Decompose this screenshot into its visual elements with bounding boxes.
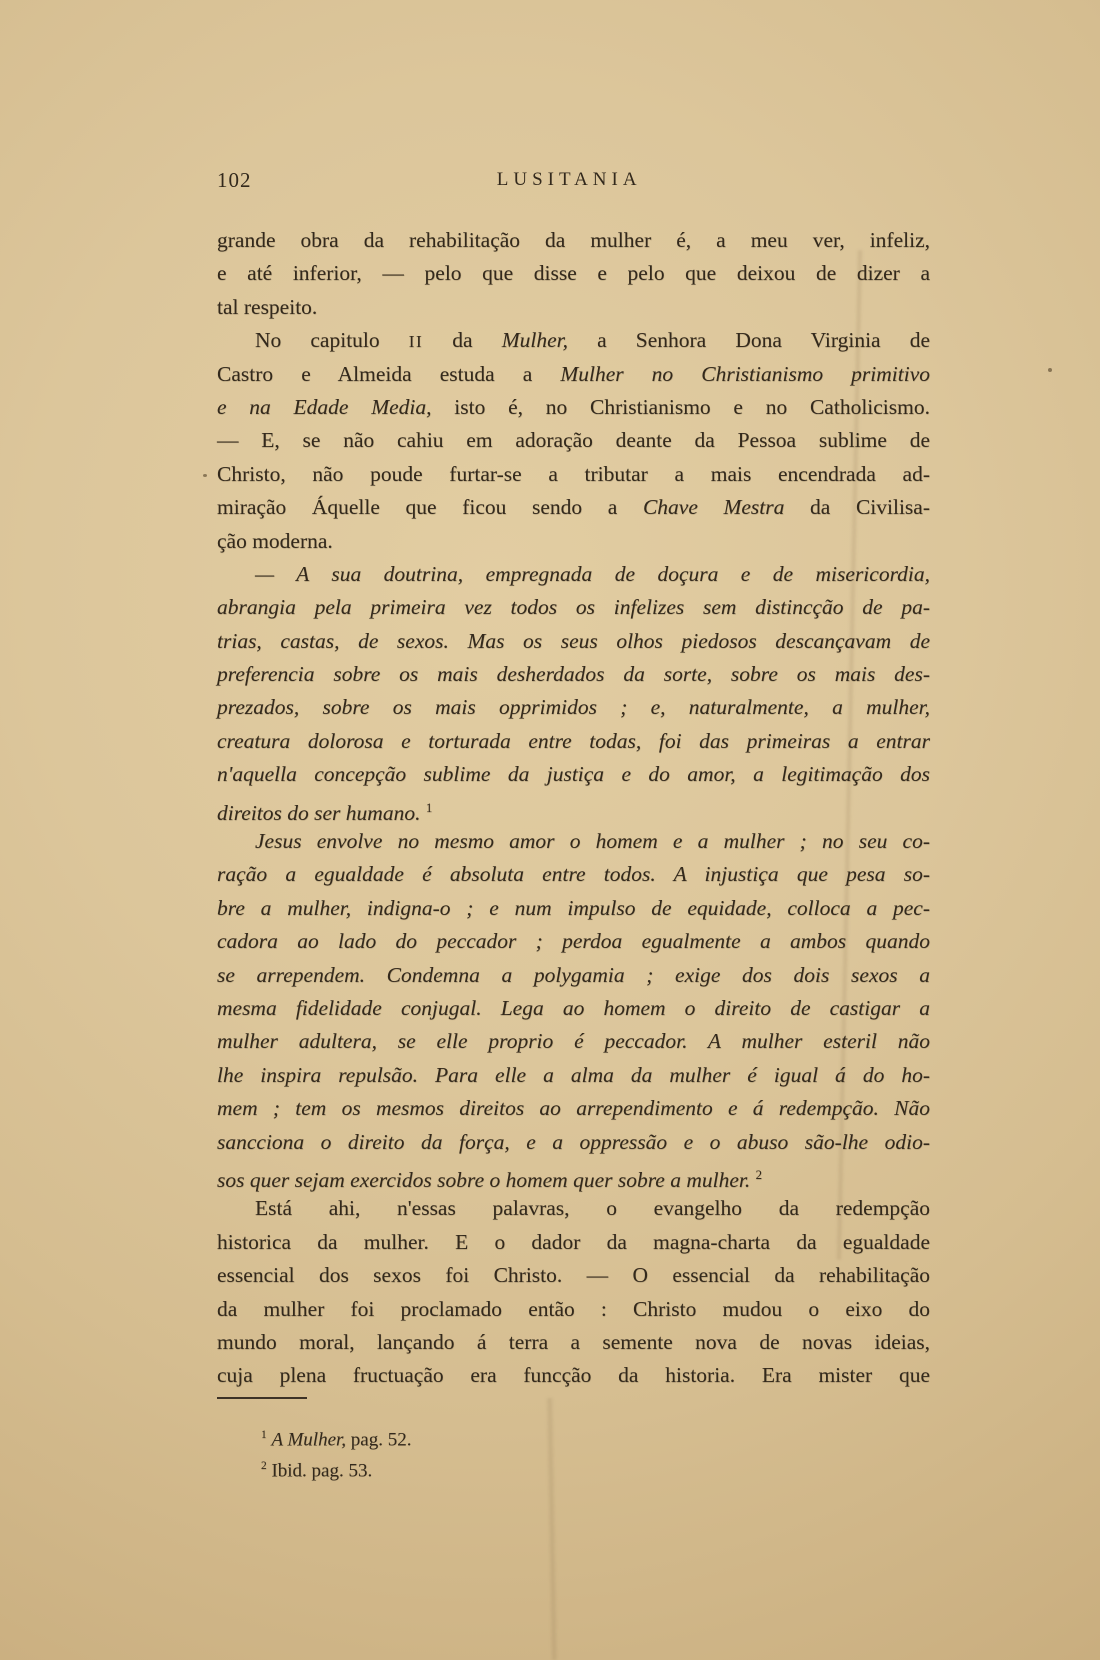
text-line: — E, se não cahiu em adoração deante da … (217, 424, 930, 457)
text-line: creatura dolorosa e torturada entre toda… (217, 725, 930, 758)
text-run: Castro e Almeida estuda a (217, 362, 560, 386)
text-run: sos quer sejam exercidos sobre o homem q… (217, 1168, 756, 1192)
text-line: sos quer sejam exercidos sobre o homem q… (217, 1159, 930, 1192)
text-line: abrangia pela primeira vez todos os infe… (217, 591, 930, 624)
text-run: Mulher, (502, 328, 568, 352)
text-line: cuja plena fructuação era funcção da his… (217, 1359, 930, 1392)
footnote-marker: 1 (426, 801, 432, 815)
text-line: Christo, não poude furtar-se a tributar … (217, 458, 930, 491)
text-line: trias, castas, de sexos. Mas os seus olh… (217, 625, 930, 658)
text-run: se arrependem. Condemna a polygamia ; ex… (217, 963, 930, 987)
paragraph: Está ahi, n'essas palavras, o evangelho … (217, 1192, 930, 1392)
footnote: 1 A Mulher, pag. 52. (261, 1420, 930, 1451)
text-run: miração Áquelle que ficou sendo a (217, 495, 643, 519)
paragraph: grande obra da rehabilitação da mulher é… (217, 224, 930, 324)
running-head: LUSITANIA (497, 169, 642, 191)
text-run: da Civilisa- (784, 495, 930, 519)
text-line: ção moderna. (217, 525, 930, 558)
text-run: Ibid. pag. 53. (267, 1460, 373, 1481)
text-line: mundo moral, lançando á terra a semente … (217, 1326, 930, 1359)
text-run: n'aquella concepção sublime da justiça e… (217, 762, 930, 786)
footnote-list: 1 A Mulher, pag. 52.2 Ibid. pag. 53. (217, 1420, 930, 1482)
text-line: n'aquella concepção sublime da justiça e… (217, 758, 930, 791)
text-run: isto é, no Christianismo e no Catholicis… (432, 395, 930, 419)
page-number: 102 (217, 168, 252, 193)
text-line: e até inferior, — pelo que disse e pelo … (217, 257, 930, 290)
text-line: mulher adultera, se elle proprio é pecca… (217, 1025, 930, 1058)
text-run: cadora ao lado do peccador ; perdoa egua… (217, 929, 930, 953)
text-line: miração Áquelle que ficou sendo a Chave … (217, 491, 930, 524)
text-run: — E, se não cahiu em adoração deante da … (217, 428, 930, 452)
paper-speck (1048, 368, 1052, 372)
text-line: sancciona o direito da força, e a oppres… (217, 1126, 930, 1159)
text-run: mem ; tem os mesmos direitos ao arrepend… (217, 1096, 930, 1120)
book-page: 102 LUSITANIA grande obra da rehabilitaç… (0, 0, 1100, 1660)
footnote-rule (217, 1397, 307, 1399)
text-run: cuja plena fructuação era funcção da his… (217, 1363, 930, 1387)
text-line: da mulher foi proclamado então : Christo… (217, 1293, 930, 1326)
text-run: essencial dos sexos foi Christo. — O ess… (217, 1263, 930, 1287)
text-run: historica da mulher. E o dador da magna-… (217, 1230, 930, 1254)
text-line: Castro e Almeida estuda a Mulher no Chri… (217, 358, 930, 391)
text-run: sancciona o direito da força, e a oppres… (217, 1130, 930, 1154)
text-line: Jesus envolve no mesmo amor o homem e a … (217, 825, 930, 858)
text-run: Chave Mestra (643, 495, 784, 519)
text-line: essencial dos sexos foi Christo. — O ess… (217, 1259, 930, 1292)
text-run: da (423, 328, 502, 352)
text-column: 102 LUSITANIA grande obra da rehabilitaç… (217, 166, 930, 1482)
paragraph: No capitulo II da Mulher, a Senhora Dona… (217, 324, 930, 558)
text-run: abrangia pela primeira vez todos os infe… (217, 595, 930, 619)
text-line: preferencia sobre os mais desherdados da… (217, 658, 930, 691)
text-line: grande obra da rehabilitação da mulher é… (217, 224, 930, 257)
paper-speck (203, 474, 207, 477)
text-line: Está ahi, n'essas palavras, o evangelho … (217, 1192, 930, 1225)
text-line: mesma fidelidade conjugal. Lega ao homem… (217, 992, 930, 1025)
text-line: mem ; tem os mesmos direitos ao arrepend… (217, 1092, 930, 1125)
text-line: direitos do ser humano. 1 (217, 792, 930, 825)
text-run: ração a egualdade é absoluta entre todos… (217, 862, 930, 886)
text-run: — A sua doutrina, empregnada de doçura e… (255, 562, 930, 586)
text-run: No capitulo (255, 328, 409, 352)
text-line: tal respeito. (217, 291, 930, 324)
footnote-marker: 1 (261, 1429, 267, 1441)
text-run: lhe inspira repulsão. Para elle a alma d… (217, 1063, 930, 1087)
text-line: e na Edade Media, isto é, no Christianis… (217, 391, 930, 424)
text-run: mesma fidelidade conjugal. Lega ao homem… (217, 996, 930, 1020)
text-run: direitos do ser humano. (217, 801, 426, 825)
text-run: pag. 52. (346, 1429, 411, 1450)
text-run: prezados, sobre os mais opprimidos ; e, … (217, 695, 930, 719)
text-run: preferencia sobre os mais desherdados da… (217, 662, 930, 686)
text-line: prezados, sobre os mais opprimidos ; e, … (217, 691, 930, 724)
text-run: Mulher no Christianismo primitivo (560, 362, 930, 386)
text-run: A Mulher, (271, 1429, 346, 1450)
text-run: Christo, não poude furtar-se a tributar … (217, 462, 930, 486)
text-run: grande obra da rehabilitação da mulher é… (217, 228, 930, 252)
text-run: a Senhora Dona Virginia de (568, 328, 930, 352)
text-run: da mulher foi proclamado então : Christo… (217, 1297, 930, 1321)
text-run: II (409, 332, 423, 351)
text-run: Jesus envolve no mesmo amor o homem e a … (255, 829, 930, 853)
text-line: lhe inspira repulsão. Para elle a alma d… (217, 1059, 930, 1092)
text-run: tal respeito. (217, 295, 317, 319)
text-line: ração a egualdade é absoluta entre todos… (217, 858, 930, 891)
page-header: 102 LUSITANIA (217, 166, 930, 194)
text-run: mulher adultera, se elle proprio é pecca… (217, 1029, 930, 1053)
text-line: cadora ao lado do peccador ; perdoa egua… (217, 925, 930, 958)
footnote-marker: 2 (756, 1168, 762, 1182)
text-run: ção moderna. (217, 529, 333, 553)
text-run: bre a mulher, indigna-o ; e num impulso … (217, 896, 930, 920)
text-run: creatura dolorosa e torturada entre toda… (217, 729, 930, 753)
paragraph: Jesus envolve no mesmo amor o homem e a … (217, 825, 930, 1192)
body-text: grande obra da rehabilitação da mulher é… (217, 224, 930, 1393)
text-run: e até inferior, — pelo que disse e pelo … (217, 261, 930, 285)
text-line: bre a mulher, indigna-o ; e num impulso … (217, 892, 930, 925)
text-run: trias, castas, de sexos. Mas os seus olh… (217, 629, 930, 653)
text-line: se arrependem. Condemna a polygamia ; ex… (217, 959, 930, 992)
text-run: mundo moral, lançando á terra a semente … (217, 1330, 930, 1354)
text-line: — A sua doutrina, empregnada de doçura e… (217, 558, 930, 591)
text-line: No capitulo II da Mulher, a Senhora Dona… (217, 324, 930, 357)
text-run: e na Edade Media, (217, 395, 432, 419)
text-line: historica da mulher. E o dador da magna-… (217, 1226, 930, 1259)
paragraph: — A sua doutrina, empregnada de doçura e… (217, 558, 930, 825)
footnote: 2 Ibid. pag. 53. (261, 1451, 930, 1482)
text-run: Está ahi, n'essas palavras, o evangelho … (255, 1196, 930, 1220)
